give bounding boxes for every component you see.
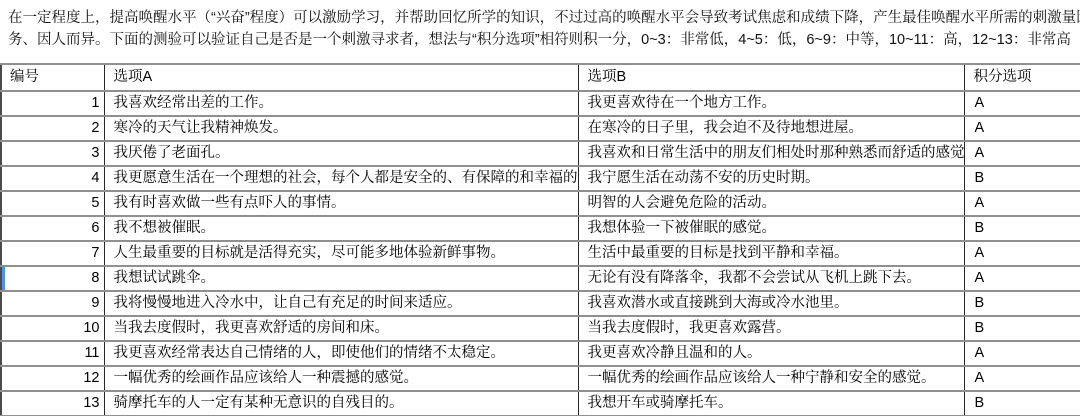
table-row: 3 我厌倦了老面孔。 我喜欢和日常生活中的朋友们相处时那种熟悉而舒适的感觉。 A bbox=[1, 141, 1080, 166]
col-header-option-a: 选项A bbox=[104, 64, 578, 91]
table-row: 12 一幅优秀的绘画作品应该给人一种震撼的感觉。 一幅优秀的绘画作品应该给人一种… bbox=[1, 366, 1080, 391]
table-row: 5 我有时喜欢做一些有点吓人的事情。 明智的人会避免危险的活动。 A bbox=[1, 191, 1080, 216]
cell-score[interactable]: A bbox=[964, 266, 1080, 291]
cell-option-b[interactable]: 一幅优秀的绘画作品应该给人一种宁静和安全的感觉。 bbox=[578, 366, 964, 391]
cell-number[interactable]: 13 bbox=[1, 391, 104, 416]
quiz-table: 编号 选项A 选项B 积分选项 1 我喜欢经常出差的工作。 我更喜欢待在一个地方… bbox=[0, 63, 1080, 416]
cell-option-b[interactable]: 我喜欢和日常生活中的朋友们相处时那种熟悉而舒适的感觉。 bbox=[578, 141, 964, 166]
cell-option-a[interactable]: 我想试试跳伞。 bbox=[104, 266, 578, 291]
cell-option-a[interactable]: 我喜欢经常出差的工作。 bbox=[104, 91, 578, 116]
cell-option-b[interactable]: 我喜欢潜水或直接跳到大海或冷水池里。 bbox=[578, 291, 964, 316]
table-row: 1 我喜欢经常出差的工作。 我更喜欢待在一个地方工作。 A bbox=[1, 91, 1080, 116]
cell-number[interactable]: 10 bbox=[1, 316, 104, 341]
cell-score[interactable]: B bbox=[964, 291, 1080, 316]
cell-number[interactable]: 6 bbox=[1, 216, 104, 241]
intro-paragraph: 在一定程度上，提高唤醒水平（“兴奋”程度）可以激励学习，并帮助回忆所学的知识，不… bbox=[0, 0, 1080, 51]
cell-option-a[interactable]: 我厌倦了老面孔。 bbox=[104, 141, 578, 166]
cell-option-b[interactable]: 生活中最重要的目标是找到平静和幸福。 bbox=[578, 241, 964, 266]
cell-option-a[interactable]: 我更愿意生活在一个理想的社会，每个人都是安全的、有保障的和幸福的。 bbox=[104, 166, 578, 191]
cell-option-a[interactable]: 我不想被催眠。 bbox=[104, 216, 578, 241]
table-row: 9 我将慢慢地进入冷水中，让自己有充足的时间来适应。 我喜欢潜水或直接跳到大海或… bbox=[1, 291, 1080, 316]
col-header-score: 积分选项 bbox=[964, 64, 1080, 91]
cell-number[interactable]: 4 bbox=[1, 166, 104, 191]
cell-option-a[interactable]: 一幅优秀的绘画作品应该给人一种震撼的感觉。 bbox=[104, 366, 578, 391]
cell-option-a[interactable]: 当我去度假时，我更喜欢舒适的房间和床。 bbox=[104, 316, 578, 341]
cell-score[interactable]: B bbox=[964, 166, 1080, 191]
cell-score[interactable]: A bbox=[964, 116, 1080, 141]
cell-option-b[interactable]: 我宁愿生活在动荡不安的历史时期。 bbox=[578, 166, 964, 191]
cell-number[interactable]: 2 bbox=[1, 116, 104, 141]
cell-number[interactable]: 5 bbox=[1, 191, 104, 216]
cell-option-b[interactable]: 我想体验一下被催眠的感觉。 bbox=[578, 216, 964, 241]
table-row: 10 当我去度假时，我更喜欢舒适的房间和床。 当我去度假时，我更喜欢露营。 B bbox=[1, 316, 1080, 341]
cell-number[interactable]: 7 bbox=[1, 241, 104, 266]
cell-option-b[interactable]: 明智的人会避免危险的活动。 bbox=[578, 191, 964, 216]
table-row: 11 我更喜欢经常表达自己情绪的人，即使他们的情绪不太稳定。 我更喜欢冷静且温和… bbox=[1, 341, 1080, 366]
table-row: 2 寒冷的天气让我精神焕发。 在寒冷的日子里，我会迫不及待地想进屋。 A bbox=[1, 116, 1080, 141]
col-header-number: 编号 bbox=[1, 64, 104, 91]
table-row: 4 我更愿意生活在一个理想的社会，每个人都是安全的、有保障的和幸福的。 我宁愿生… bbox=[1, 166, 1080, 191]
col-header-option-b: 选项B bbox=[578, 64, 964, 91]
cell-score[interactable]: A bbox=[964, 191, 1080, 216]
cell-number[interactable]: 3 bbox=[1, 141, 104, 166]
table-row: 7 人生最重要的目标就是活得充实，尽可能多地体验新鲜事物。 生活中最重要的目标是… bbox=[1, 241, 1080, 266]
cell-score[interactable]: A bbox=[964, 366, 1080, 391]
cell-number[interactable]: 1 bbox=[1, 91, 104, 116]
cell-number-selected[interactable]: 8 bbox=[1, 266, 104, 291]
intro-line-2: 务、因人而异。下面的测验可以验证自己是否是一个刺激寻求者，想法与“积分选项”相符… bbox=[8, 29, 1072, 51]
cell-score[interactable]: A bbox=[964, 241, 1080, 266]
cell-number[interactable]: 9 bbox=[1, 291, 104, 316]
cell-option-a[interactable]: 我更喜欢经常表达自己情绪的人，即使他们的情绪不太稳定。 bbox=[104, 341, 578, 366]
header-row: 编号 选项A 选项B 积分选项 bbox=[1, 64, 1080, 91]
cell-option-b[interactable]: 我更喜欢冷静且温和的人。 bbox=[578, 341, 964, 366]
cell-score[interactable]: A bbox=[964, 341, 1080, 366]
cell-score[interactable]: B bbox=[964, 216, 1080, 241]
cell-option-b[interactable]: 当我去度假时，我更喜欢露营。 bbox=[578, 316, 964, 341]
intro-line-1: 在一定程度上，提高唤醒水平（“兴奋”程度）可以激励学习，并帮助回忆所学的知识，不… bbox=[8, 7, 1072, 29]
cell-option-a[interactable]: 骑摩托车的人一定有某种无意识的自残目的。 bbox=[104, 391, 578, 416]
table-row: 13 骑摩托车的人一定有某种无意识的自残目的。 我想开车或骑摩托车。 B bbox=[1, 391, 1080, 416]
table-row: 6 我不想被催眠。 我想体验一下被催眠的感觉。 B bbox=[1, 216, 1080, 241]
cell-option-a[interactable]: 人生最重要的目标就是活得充实，尽可能多地体验新鲜事物。 bbox=[104, 241, 578, 266]
cell-option-b[interactable]: 我更喜欢待在一个地方工作。 bbox=[578, 91, 964, 116]
cell-option-a[interactable]: 我有时喜欢做一些有点吓人的事情。 bbox=[104, 191, 578, 216]
table-row-selected: 8 我想试试跳伞。 无论有没有降落伞，我都不会尝试从飞机上跳下去。 A bbox=[1, 266, 1080, 291]
table-header: 编号 选项A 选项B 积分选项 bbox=[1, 64, 1080, 91]
cell-option-a[interactable]: 寒冷的天气让我精神焕发。 bbox=[104, 116, 578, 141]
cell-number[interactable]: 12 bbox=[1, 366, 104, 391]
table-body: 1 我喜欢经常出差的工作。 我更喜欢待在一个地方工作。 A 2 寒冷的天气让我精… bbox=[1, 91, 1080, 416]
cell-score[interactable]: B bbox=[964, 316, 1080, 341]
cell-score[interactable]: A bbox=[964, 91, 1080, 116]
cell-score[interactable]: A bbox=[964, 141, 1080, 166]
cell-option-b[interactable]: 我想开车或骑摩托车。 bbox=[578, 391, 964, 416]
cell-option-a[interactable]: 我将慢慢地进入冷水中，让自己有充足的时间来适应。 bbox=[104, 291, 578, 316]
cell-option-b[interactable]: 在寒冷的日子里，我会迫不及待地想进屋。 bbox=[578, 116, 964, 141]
cell-option-b[interactable]: 无论有没有降落伞，我都不会尝试从飞机上跳下去。 bbox=[578, 266, 964, 291]
cell-score[interactable]: B bbox=[964, 391, 1080, 416]
cell-number[interactable]: 11 bbox=[1, 341, 104, 366]
